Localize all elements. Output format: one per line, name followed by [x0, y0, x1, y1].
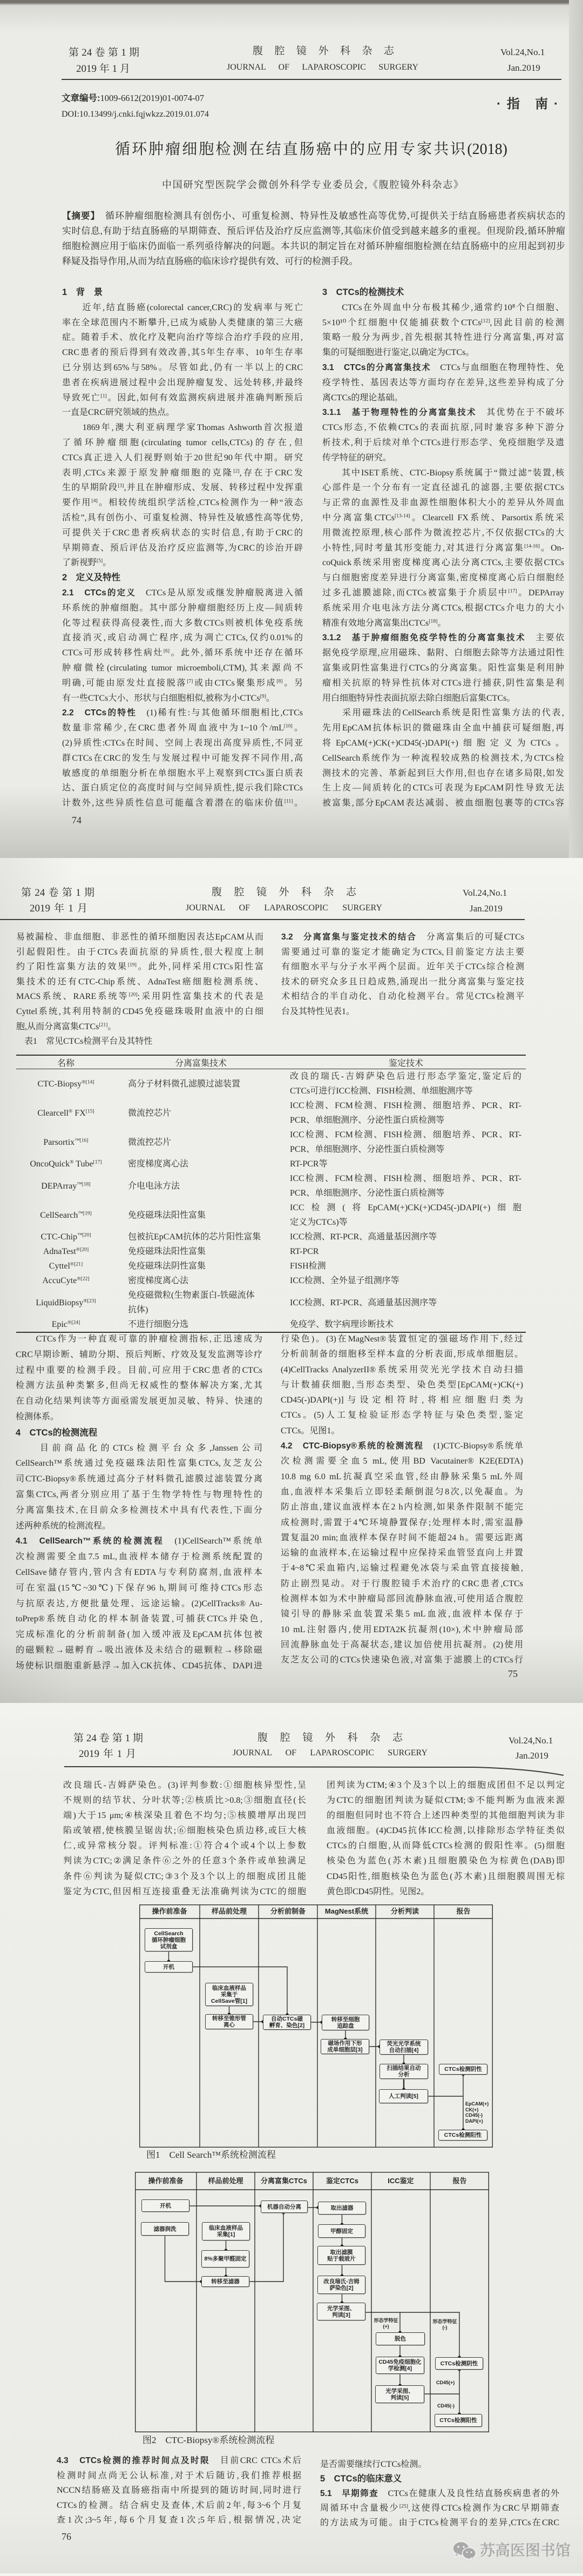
cell-line: 免疫磁微粒(生物素蛋白-铁磁流体: [128, 1288, 286, 1303]
text-run: FX: [72, 1109, 85, 1118]
text-line: 检测样本如为术中肿瘤局部回流静脉血液,可使用适合腹腔: [281, 1592, 523, 1607]
text-run: Cyttel: [49, 1262, 70, 1271]
page-75-upper-right-column: 3.2 分离富集与鉴定技术的结合 分离富集后的可疑CTCs需要通过可靠的鉴定才能…: [281, 930, 524, 1019]
platform-name: AdnaTest®[20]: [16, 1244, 116, 1259]
identification-technique-cell: RT-PCR等: [286, 1157, 526, 1171]
text-run: 其优势在于不破坏: [477, 408, 564, 417]
superscript: [15]: [86, 1108, 94, 1114]
flow-step-cd45-icc: CD45免疫细胞化 学检测[4]: [376, 2357, 424, 2374]
superscript: [1]: [101, 393, 107, 399]
superscript: [11]: [284, 799, 293, 804]
flow-step-transfer-cartridge: 转移至细胞 追踪盘: [322, 2015, 369, 2030]
text-run: 要作用: [62, 498, 92, 507]
platform-name: CTC-Chip™[20]: [16, 1230, 116, 1244]
text-run: OncoQuick: [30, 1159, 70, 1169]
flow-step-filter-rinse: 滤器润洗: [141, 2222, 189, 2236]
platform-name: Parsortix™[16]: [16, 1135, 116, 1150]
text-run: ,因此目前的检测: [490, 318, 564, 327]
text-line: 3.2 分离富集与鉴定技术的结合 分离富集后的可疑CTCs: [281, 930, 524, 945]
morphology-positive-label: 形态学特征 (+): [372, 2318, 399, 2329]
text-line: CD45(-)DAPI(+)]与设定相符时,将相应细胞归类为: [281, 1393, 523, 1408]
text-line: 的磁颗粒→磁孵育→吸出液体及未结合的磁颗粒→移除磁: [16, 1643, 262, 1659]
text-line: 司CTC-Biopsy®系统通过高分子材料微孔滤膜过滤装置分离: [16, 1472, 262, 1487]
text-run: AdnaTest: [43, 1247, 76, 1256]
text-run: AccuCyte: [42, 1276, 77, 1285]
text-line: 于4~8℃采血箱内,运输过程避免冰袋与采血管直接接触,: [281, 1561, 523, 1576]
identification-technique-cell: 改良的瑞氏-吉姆萨染色后进行形态学鉴定,鉴定后的CTCs可进行ICC检测、FIS…: [286, 1069, 526, 1099]
superscript: ™[20]: [77, 1232, 91, 1238]
header-date-en: Jan.2019: [470, 902, 510, 915]
text-run: 分离富集后的可疑CTCs: [417, 933, 524, 942]
text-line: CTCs形态,不依赖CTCs的表面抗原,同时兼容多种下游分: [322, 420, 564, 435]
text-line: 计数外,这些异质性信息可能蕴含着潜在的临床价值[11]。: [62, 796, 303, 811]
flow-step-methanol-fix: 甲醇固定: [318, 2224, 365, 2238]
text-line: 判读为CTC;②满足条件⑥之外的任意3个条件或单独满足: [63, 1854, 306, 1869]
page-75-lower-left-column: CTCs作为一种直观可靠的肿瘤检测指标,正迅速成为CRC早期诊断、辅助分期、预后…: [16, 1332, 262, 1674]
enrichment-technique-cell: 免疫磁珠法阳性富集: [116, 1244, 286, 1259]
header-issue-cn: 第24卷第1期: [69, 46, 139, 59]
flow-step-imaging-5: 光学采图、 判读[5]: [375, 2385, 424, 2403]
page-76-lower-left-column: 4.3 CTCs检测的推荐时间点及时限 目前CRC CTCs术后检测时间点尚无公…: [57, 2453, 301, 2528]
section-heading: 5 CTCs的临床意义: [320, 2472, 559, 2486]
text-run: ,并且在肿瘤形成、发展、转移过程中发挥重: [124, 483, 303, 492]
page-74-edge-shadow: [569, 0, 583, 858]
text-line: 陷或皱褶,使核膜呈锯齿状;⑥细胞核染色质边移,或巨大核: [63, 1823, 306, 1839]
cell-line: 定义为CTCs)等: [290, 1215, 521, 1230]
superscript: [18]: [429, 618, 437, 624]
text-line: 条件⑥判读为疑似CTC;③3个及3个以上的细胞成团且能: [63, 1869, 306, 1884]
paragraph-end-line: 台及其特性见表1。: [281, 1004, 524, 1019]
text-line: CTCs的检测。结合病史及查体,术后前2年,每3~6个月复: [57, 2498, 301, 2513]
text-line: 策略一般分为两步,首先根据其特性进行分离富集,再对富: [322, 330, 564, 345]
text-line: 镜引导的静脉采血装置采集5 mL血液,血液样本保存于: [281, 1607, 523, 1622]
lane-header-sample-pretreatment: 样品前处理: [200, 1904, 259, 1918]
superscript: [25]: [399, 2504, 408, 2510]
text-line: 将EpCAM(+)CK(+)CD45(-)DAPI(+)细胞定义为CTCs。: [322, 736, 564, 751]
text-line: 需要通过可靠的鉴定才能确定为CTCs,目前鉴定方法主要: [281, 945, 524, 960]
text-line: 不规则的结节状、分叶状等;②核质比>0.8;③细胞直径(长: [63, 1793, 306, 1808]
lane-header-sample-pretreatment: 样品前处理: [196, 2172, 255, 2190]
cell-line: 改良的瑞氏-吉姆萨染色后进行形态学鉴定,鉴定后的: [290, 1069, 521, 1084]
text-run: 。此外,同样采用CTCs阳性富: [137, 962, 263, 971]
superscript: [6]: [164, 648, 170, 654]
lane-header-pre-operation: 操作前准备: [135, 2172, 196, 2190]
cell-line: RT-PCR: [290, 1244, 521, 1259]
text-line: 易被漏检、非血细胞、非恶性的循环细胞因表达EpCAM从而: [16, 930, 263, 945]
figure-2-ctc-biopsy-flowchart: 操作前准备 样品前处理 分离富集CTCs 鉴定CTCs ICC鉴定 报告 开机 …: [135, 2172, 489, 2432]
header-date-en: Jan.2019: [507, 62, 547, 75]
table-row: Epic®[24]不进行细胞分选免疫学、数字病理诊断技术: [16, 1317, 526, 1332]
table-row: CTC-Chip™[20]包被抗EpCAM抗体的芯片阳性富集ICC检测、RT-P…: [16, 1230, 526, 1244]
article-authors: 中国研究型医院学会微创外科学专业委员会,《腹腔镜外科杂志》: [162, 178, 463, 191]
identification-technique-cell: ICC检测(将EpCAM(+)CK(+)CD45(-)DAPI(+)细胞定义为C…: [286, 1200, 526, 1230]
text-line: 4.1 CellSearch™系统的检测流程 (1)CellSearch™系统单: [16, 1534, 262, 1549]
table-row: Parsortix™[16]微流控芯片ICC检测、FCM检测、FISH检测、细胞…: [16, 1128, 526, 1157]
flow-step-monolayer: 磁场作用下形 成单细胞层[3]: [321, 2039, 369, 2054]
page-76-upper-right-column: 团判读为CTM;④3个及3个以上的细胞成团但不足以判定为CTC的细胞团判读为疑似…: [327, 1778, 565, 1900]
cell-line: 免疫磁珠法阳性富集: [128, 1208, 286, 1223]
text-line: CTCs的白细胞,从而降低CTCs检测的假阳性率。(5)细胞: [327, 1839, 565, 1854]
figure-1-caption: 图1 Cell Search™系统检测流程: [146, 2149, 276, 2162]
figure-2-caption: 图2 CTC-Biopsy®系统检测流程: [143, 2434, 274, 2447]
text-run: 5×10¹⁰个红细胞中仅能捕获数个CTCs: [322, 318, 481, 327]
text-line: CellSave储存管内,管内含有EDTA与专利防腐剂,血液样本: [16, 1565, 262, 1581]
enrichment-technique-cell: 免疫磁珠法阴性富集: [116, 1259, 286, 1273]
text-run: 。DEPArray: [517, 588, 564, 598]
text-run: (1)稀有性:与其他循环细胞相比,CTCs: [137, 708, 303, 717]
text-line: CRC患者的预后得到有效改善,其5年生存率、10年生存率: [62, 345, 303, 360]
text-line: 防止溶血,建议血液样本在2 h内检测,如果条件限制不能完: [281, 1500, 523, 1515]
text-line: CTCs可形成转移性病灶[6]。此外,循环系统中还存在循环: [62, 646, 303, 661]
cell-line: ICC检测、RT-PCR、高通量基因测序等: [290, 1296, 521, 1310]
section-heading: 2 定义及特性: [62, 571, 303, 586]
paragraph-end-line: 释疑及指导作用,从而为结直肠癌的临床诊疗提供有效、可行的检测手段。: [62, 254, 565, 269]
text-line: 明确,可能由原发灶直接脱落[7]或由CTCs聚集形成[8]。另: [62, 676, 303, 691]
text-line: 核染色为蓝色(苏木素)且细胞膜染色为棕黄色(DAB)即: [327, 1854, 565, 1869]
text-line: 患者在疾病进展过程中会出现肿瘤复发、远处转移,并最终: [62, 375, 303, 391]
text-run: 。: [293, 799, 303, 808]
flow-result-negative: CTCs检测阴性: [439, 2064, 487, 2075]
cd45-negative-label: CD45(-): [437, 2403, 455, 2409]
paragraph-end-line: CTCs。见图1。: [281, 1424, 523, 1439]
superscript: [17]: [93, 1159, 102, 1165]
text-line: 疫学特性、基因表达等方面均存在差异,这些差异构成了分: [322, 375, 564, 391]
header-journal-en: JOURNAL OF LAPAROSCOPIC SURGERY: [227, 61, 418, 74]
text-line: 导致死亡[1]。因此,如何有效监测疾病进展并准确判断预后: [62, 391, 303, 406]
text-line: 3.1.2 基于肿瘤细胞免疫学特性的分离富集技术 主要依: [322, 630, 564, 646]
inline-heading: 3.2 分离富集与鉴定技术的结合: [281, 933, 417, 942]
text-line: CTCs。(5)人工复检验证形态学特征与染色类型,鉴定: [281, 1408, 523, 1423]
text-run: ,这使得CTCs检测作为CRC早期筛查: [408, 2504, 559, 2513]
header-date-cn: 2019年1月: [76, 63, 130, 76]
flow-step-incubate-stain: 自动CTCs磁 孵育、染色[2]: [263, 2015, 311, 2030]
text-line: 端)大于15 μm;④核深染且着色不均匀;⑤核膜增厚出现凹: [63, 1808, 306, 1823]
superscript: [19]: [128, 962, 137, 968]
flow-step-blood-sample: 临床血液样品 采集于 CellSave管[1]: [205, 1983, 253, 2006]
flow-step-centrifuge: 转移至锥形管 离心: [205, 2014, 253, 2029]
flow-step-decolorize: 脱色: [376, 2332, 425, 2345]
text-run: ,存在于CRC发: [240, 468, 303, 478]
text-run: 胞,从而分离富集CTCs: [16, 1022, 99, 1031]
text-run: LiquidBiopsy: [36, 1298, 83, 1307]
paragraph-end-line: 了新视野[5]。: [62, 555, 303, 571]
text-line: 4.2 CTC-Biopsy®系统的检测流程 (1)CTC-Biopsy®系统单: [281, 1439, 523, 1454]
header-journal-cn: 腹腔镜外科杂志: [212, 886, 356, 899]
article-number: 文章编号:1009-6612(2019)01-0074-07: [62, 92, 204, 105]
paragraph-end-line: 述两种系统的检测流程。: [16, 1519, 262, 1534]
text-line: CD45阳性,细胞核染色为蓝色(苏木素)且细胞膜周围无棕: [327, 1869, 565, 1884]
cell-line: ICC检测、FCM检测、FISH检测、细胞培养、PCR、RT-: [290, 1098, 521, 1113]
paragraph-end-line: 精准有效地分离富集出CTCs[18]。: [322, 616, 564, 631]
text-line: 先用EpCAM抗体标识的微磁珠由全血中捕获可疑细胞,再: [322, 721, 564, 736]
text-line: 要作用[4]。相较传统组织学活检,CTCs检测作为一种“液态: [62, 495, 303, 511]
text-line: 有细胞水平与分子水平两个层面。近年关于CTCs综合检测: [281, 960, 524, 975]
flow-step-auto-separation: 机器自动分离: [261, 2201, 308, 2213]
text-line: 与抗原表达,方便批量处理、远途运输。(2)CellTracks® Au-: [16, 1596, 262, 1612]
platform-name-cell: Epic®[24]: [16, 1317, 116, 1332]
text-run: 表明,CTCs来源于原发肿瘤细胞的克隆: [62, 468, 233, 478]
superscript: [13-14]: [395, 513, 410, 519]
superscript: ®: [70, 1159, 73, 1165]
enrichment-technique-cell: 微流控芯片: [116, 1098, 286, 1128]
header-date-cn: 2019年1月: [79, 1748, 136, 1761]
text-line: 可在室温(15℃~30℃)下保存96 h,期间可维持CTCs形态: [16, 1581, 262, 1596]
text-line: 血液细胞。(4)CD45抗体ICC检测,以排除形态学特征类似: [327, 1823, 565, 1839]
cell-line: 密度梯度离心法: [128, 1273, 286, 1288]
text-run: MACS系统、RARE系统等: [16, 992, 129, 1001]
lane-header-report: 报告: [430, 2172, 489, 2190]
paragraph-end-line: 检测体系。: [16, 1410, 262, 1425]
text-line: 被富集,部分EpCAM表达减弱、被血细胞包裹等的CTCs容: [322, 796, 564, 811]
superscript: ®[20]: [76, 1247, 89, 1253]
flow-step-power-on: 开机: [145, 1961, 193, 1973]
lane-header-pre-analysis: 分析前制备: [259, 1904, 317, 1918]
flow-result-positive: CTCs检测阳性: [438, 2130, 487, 2141]
text-line: 环系统的肿瘤细胞。其中部分肿瘤细胞经历上皮—间质转: [62, 601, 303, 616]
flow-step-manual-review: 人工判读[5]: [379, 2089, 428, 2103]
cell-line: ICC检测(将EpCAM(+)CK(+)CD45(-)DAPI(+)细胞: [290, 1200, 521, 1215]
platform-name-cell: AccuCyte®[22]: [16, 1273, 116, 1288]
page-76-lower-right-column: 是否需要继续行CTCs检测。5 CTCs的临床意义5.1 早期筛查 CTCs在健…: [320, 2457, 559, 2530]
text-run: 。另: [283, 679, 303, 688]
text-line: 直接消灭,或启动凋亡程序,成为凋亡CTCs,仅约0.01%的: [62, 630, 303, 646]
text-line: 活检”,具有创伤小、可重复检测、特异性及敏感性高等优势,: [62, 511, 303, 526]
text-run: 数量非常稀少,在CRC患者外周血液中为1~10个/mL: [62, 723, 284, 733]
superscript: ®[24]: [67, 1320, 80, 1326]
text-run: 导致死亡: [62, 393, 101, 403]
inline-heading: 5.1 早期筛查: [320, 2489, 378, 2498]
text-line: 10.8 mg 6.0 mL抗凝真空采血管,经由静脉采集5 mL外周: [281, 1470, 523, 1485]
paragraph-end-line: 是否需要继续行CTCs检测。: [320, 2457, 559, 2472]
text-line: 生上皮—间质转化的CTCs可表现为EpCAM阴性导致无法: [322, 781, 564, 796]
wechat-icon: [451, 2541, 478, 2561]
text-line: CellSearch系统作为一种流程较成熟的检测技术,为CTCs检: [322, 751, 564, 766]
cell-line: PCR、单细胞测序、分泌性蛋白质检测等: [290, 1142, 521, 1157]
text-line: 完成标准化的分析前制备(加入缓冲液及EpCAM抗体包被: [16, 1627, 262, 1643]
text-line: 瘤相关抗原的特异性抗体对CTCs进行捕获,阴性富集是利: [322, 676, 564, 691]
platform-name-cell: Clearcell® FX[15]: [16, 1098, 116, 1128]
text-line: 次检测需要全血5 mL,使用BD Vacutainer® K2E(EDTA): [281, 1454, 523, 1469]
text-line: 的细胞但同时也不符合上述四种类型的其他细胞判读为非: [327, 1808, 565, 1823]
paragraph-end-line: 胞,从而分离富集CTCs[21]。: [16, 1019, 263, 1035]
text-run: 精准有效地分离富集出CTCs: [322, 619, 429, 628]
superscript: [8]: [276, 678, 282, 684]
header-rule: [62, 79, 561, 80]
header-date-cn: 2019年1月: [30, 902, 87, 915]
cell-line: PCR、单细胞测序、分泌性蛋白质检测等: [290, 1186, 521, 1200]
text-line: 析技术,利于后续对单个CTCs进行形态学、免疫细胞学及遗: [322, 435, 564, 451]
text-run: (1)CellSearch™系统单: [164, 1537, 262, 1546]
text-line: (4)CellTracks AnalyzerII®系统采用荧光光学技术自动扫描: [281, 1363, 523, 1378]
flow-step-auto-scan: 荧光光学系统 自动扫描[4]: [379, 2040, 428, 2055]
table-row: Cyttel®[21]免疫磁珠法阴性富集FISH检测: [16, 1259, 526, 1273]
section-heading: 4 CTCs的检测流程: [16, 1425, 262, 1441]
section-heading: 3 CTCs的检测技术: [322, 285, 564, 300]
flow-result-positive: CTCs检测阳性: [435, 2414, 482, 2427]
text-line: 目前商品化的CTCs检测平台众多,Janssen公司: [16, 1441, 262, 1457]
text-run: (1)CTC-Biopsy®系统单: [424, 1441, 523, 1451]
text-run: 。相较传统组织学活检,CTCs检测作为一种“液态: [98, 498, 303, 507]
cell-line: 免疫学、数字病理诊断技术: [290, 1317, 521, 1332]
text-line: 防止剧烈晃动。对于行腹腔镜手术治疗的CRC患者,CTCs: [281, 1577, 523, 1592]
text-run: CTC-Biopsy: [37, 1079, 82, 1089]
flow-step-blood-sample: 临床血液样品 采集[1]: [202, 2222, 250, 2240]
header-issue-cn: 第24卷第1期: [21, 887, 94, 900]
page-number: 75: [508, 1667, 518, 1680]
text-run: CTCs可形成转移性病灶: [62, 648, 164, 658]
cell-line: 高分子材料微孔滤膜过滤装置: [128, 1077, 286, 1091]
text-run: CTCs在健康人及良性结直肠疾病患者的外: [378, 2489, 559, 2498]
flow-step-wright-giemsa: 改良瑞氏-吉姆 萨染色[2]: [317, 2276, 365, 2294]
text-run: 循环肿瘤细胞检测具有创伤小、可重复检测、特异性及敏感性高等优势,可提供关于结直肠…: [96, 211, 565, 221]
platform-name-cell: Cyttel®[21]: [16, 1259, 116, 1273]
text-line: 测技术的完善、革新起到巨大作用,但也存在诸多局限,如发: [322, 766, 564, 781]
text-line: 查1次;3~5年,每6个月复查1次;5年后,根据情况,决定: [57, 2513, 301, 2528]
platform-name-cell: LiquidBiopsy®[23]: [16, 1288, 116, 1317]
text-run: CTC-Chip: [41, 1232, 78, 1242]
inline-heading: 3.1.2 基于肿瘤细胞免疫学特性的分离富集技术: [322, 633, 526, 642]
text-run: Tube: [74, 1159, 93, 1169]
lane-header-magnest: MagNest系统: [317, 1904, 376, 1918]
text-line: 与正常的血源性及非血源性细胞体积大小的差异从外周血: [322, 495, 564, 511]
inline-heading: 3.1 CTCs的分离富集技术: [322, 363, 431, 372]
text-line: 群CTCs在CRC的发生与发展过程中可能发挥不同作用,高: [62, 751, 303, 766]
text-run: 约了阳性富集方法的效果: [16, 962, 128, 971]
superscript: ®[21]: [70, 1262, 83, 1267]
text-line: 可提供关于CRC患者疾病状态的实时信息,有助于CRC的: [62, 526, 303, 541]
text-line: CTCs作为一种直观可靠的肿瘤检测指标,正迅速成为: [16, 1332, 262, 1347]
header-issue-cn: 第24卷第1期: [73, 1732, 143, 1745]
text-line: 10 mL注射器内,使用EDTA2K抗凝剂(10×),术中肿瘤局部: [281, 1622, 523, 1638]
text-line: 4.3 CTCs检测的推荐时间点及时限 目前CRC CTCs术后: [57, 2453, 301, 2468]
text-line: 3.1 CTCs的分离富集技术 CTCs与血细胞在物理特性、免: [322, 360, 564, 375]
cell-line: 包被抗EpCAM抗体的芯片阳性富集: [128, 1230, 286, 1244]
table-row: DEPArray™[18]介电电泳方法ICC检测、FCM检测、FISH检测、细胞…: [16, 1171, 526, 1200]
table-header-row: 名称 分离富集技术 鉴定技术: [16, 1055, 526, 1069]
cell-line: 微流控芯片: [128, 1106, 286, 1121]
text-line: 分析前制备的细胞移至样本盒的分析表面,形成单细胞层。: [281, 1347, 523, 1362]
text-run: 主要依: [526, 633, 564, 642]
flow-step-reagent-kit: CellSearch 循环肿瘤细胞 试剂盒: [145, 1928, 193, 1951]
text-line: 中分离富集CTCs[13-14]。Clearcell FX系统、Parsorti…: [322, 511, 564, 526]
identification-technique-cell: ICC检测、FCM检测、FISH检测、细胞培养、PCR、RT-PCR、单细胞测序…: [286, 1098, 526, 1128]
text-line: 与计数捕获细胞,当形态类型、染色类型[EpCAM(+)CK(+): [281, 1378, 523, 1393]
text-line: 的方法成为可能。由于CTCs检测平台的差异,CTCs在CRC: [320, 2515, 559, 2530]
text-line: 据免疫学原理,应用磁珠、黏附、白细胞去除等方法通过阳性: [322, 646, 564, 661]
text-line: 为CTC的细胞团判读为疑似CTM;⑤不能判断为血液来源: [327, 1793, 565, 1808]
doi: DOI:10.13499/j.cnki.fqjwkzz.2019.01.074: [62, 108, 209, 121]
superscript: ®[23]: [83, 1298, 96, 1304]
cell-line: RT-PCR等: [290, 1157, 521, 1171]
platform-name: CTC-Biopsy®[14]: [16, 1077, 116, 1091]
text-line: 已分别达到65%与58%。尽管如此,仍有一半以上的CRC: [62, 360, 303, 375]
platform-table: 名称 分离富集技术 鉴定技术 CTC-Biopsy®[14]高分子材料微孔滤膜过…: [16, 1055, 526, 1333]
text-line: 其中ISET系统、CTC-Biopsy系统属于“微过滤”装置,核: [322, 466, 564, 481]
paragraph-end-line: 一直是CRC研究领域的热点。: [62, 405, 303, 420]
text-run: CTCs是从原发或继发肿瘤脱离进入循: [136, 588, 303, 598]
text-run: 或由CTCs聚集形成: [193, 679, 276, 688]
text-line: 早期筛查、预后评估及治疗反应监测等,为CRC的诊治开辟: [62, 541, 303, 556]
watermark-text: 苏高医图书馆: [480, 2541, 571, 2560]
text-line: 化等过程获得高侵袭性,而大多数CTCs则被机体免疫系统: [62, 616, 303, 631]
text-line: 集技术的还有CTC-Chip系统、AdnaTest癌细胞检测系统、: [16, 975, 263, 990]
superscript: [7]: [187, 678, 193, 684]
identification-technique-cell: ICC检测、全外显子组测序等: [286, 1273, 526, 1288]
text-line: 3.1.1 基于物理特性的分离富集技术 其优势在于不破坏: [322, 405, 564, 420]
platform-name: CellSearch™[19]: [16, 1208, 116, 1223]
paragraph-end-line: 集的可疑细胞进行鉴定,以确定为CTCs。: [322, 345, 564, 360]
identification-technique-cell: FISH检测: [286, 1259, 526, 1273]
text-run: 。: [266, 694, 275, 703]
figure-1-cellsearch-flowchart: 操作前准备 样品前处理 分析前制备 MagNest系统 分析判读 报告 Cell…: [139, 1904, 493, 2148]
text-line: 症。随着手术、放化疗及靶向治疗等综合治疗手段的应用,: [62, 330, 303, 345]
flow-step-fixation: 8%多聚甲醛固定: [201, 2250, 249, 2268]
identification-technique-cell: ICC检测、RT-PCR、高通量基因测序等: [286, 1230, 526, 1244]
text-line: 技术的研究众多且日趋成熟,涌现出一批分离富集与鉴定技: [281, 975, 524, 990]
lane-header-icc: ICC鉴定: [371, 2172, 430, 2190]
inline-heading: 2.1 CTCs的定义: [62, 588, 136, 598]
text-line: 周循环中含量极少[25],这使得CTCs检测作为CRC早期筛查: [320, 2501, 559, 2515]
text-line: 改良瑞氏-吉姆萨染色。(3)评判参数:①细胞核异型性,呈: [63, 1778, 306, 1793]
text-run: 有一些CTCs大小、形状与白细胞相似,被称为小CTCs: [62, 694, 260, 703]
paragraph-end-line: 用白细胞特异性表面抗原去除白细胞后富集CTCs。: [322, 691, 564, 706]
text-run: 了新视野: [62, 558, 97, 567]
cell-line: 免疫磁珠法阳性富集: [128, 1244, 286, 1259]
cell-line: PCR、单细胞测序、分泌性蛋白质检测等: [290, 1113, 521, 1128]
text-line: CRC早期诊断、辅助分期、预后判断、疗效及复发监测等诊疗: [16, 1347, 262, 1363]
text-line: 运输的血液样本,在运输过程中应保持采血管竖直向上并置: [281, 1546, 523, 1561]
text-line: 【摘要】 循环肿瘤细胞检测具有创伤小、可重复检测、特异性及敏感性高等优势,可提供…: [62, 209, 565, 224]
header-date-en: Jan.2019: [516, 1749, 551, 1762]
text-line: 次检测需要全血7.5 mL,血液样本储存于检测系统配置的: [16, 1549, 262, 1565]
page-76-upper-left-column: 改良瑞氏-吉姆萨染色。(3)评判参数:①细胞核异型性,呈不规则的结节状、分叶状等…: [63, 1778, 306, 1900]
cell-line: ICC检测、全外显子组测序等: [290, 1273, 521, 1288]
text-line: 小特性,同时考量其形变能力,对其进行分离富集[14-16]。On-: [322, 541, 564, 556]
page-74-left-column: 1 背 景 近年,结直肠癌(colorectal cancer,CRC)的发病率…: [62, 285, 303, 811]
superscript: [2]: [233, 468, 239, 474]
section-heading: 1 背 景: [62, 285, 303, 300]
header-journal-en: JOURNAL OF LAPAROSCOPIC SURGERY: [233, 1747, 428, 1760]
text-run: 小特性,同时考量其形变能力,对其进行分离富集: [322, 544, 524, 553]
platform-name: DEPArray™[18]: [16, 1179, 116, 1193]
text-run: 。: [107, 1022, 116, 1031]
cell-line: 免疫磁珠法阴性富集: [128, 1259, 286, 1273]
platform-name-cell: AdnaTest®[20]: [16, 1244, 116, 1259]
superscript: [14-16]: [524, 543, 540, 549]
header-journal-en: JOURNAL OF LAPAROSCOPIC SURGERY: [186, 902, 382, 915]
text-line: (2)异质性:CTCs在时间、空间上表现出高度异质性,不同亚: [62, 736, 303, 751]
inline-heading: 4.3 CTCs检测的推荐时间点及时限: [57, 2456, 210, 2465]
text-line: 检测时间点尚无公认标准,对于术后随访,我们推荐根据: [57, 2468, 301, 2484]
text-run: 。此外,循环系统中还存在循环: [170, 648, 303, 658]
platform-name-cell: CellSearch™[19]: [16, 1200, 116, 1230]
text-run: 。因此,如何有效监测疾病进展并准确判断预后: [107, 393, 303, 403]
header-rule: [0, 919, 525, 920]
lane-header-report: 报告: [434, 1904, 493, 1918]
text-line: 达、蛋白质定位的高度时间与空间异质性,提示我们除CTCs: [62, 781, 303, 796]
flow-step-remove-filter: 取出滤器: [318, 2202, 366, 2215]
inline-heading: 4.1 CellSearch™系统的检测流程: [16, 1537, 164, 1546]
text-run: 明确,可能由原发灶直接脱落: [62, 679, 187, 688]
platform-name: Clearcell® FX[15]: [16, 1106, 116, 1121]
platform-name-cell: CTC-Chip™[20]: [16, 1230, 116, 1244]
lane-header-analysis: 分析判读: [376, 1904, 434, 1918]
platform-name: LiquidBiopsy®[23]: [16, 1296, 116, 1310]
platform-name-cell: CTC-Biopsy®[14]: [16, 1069, 116, 1099]
text-line: CTCs在外周血中分布极其稀少,通常约10⁸个白细胞、: [322, 300, 564, 316]
enrichment-technique-cell: 微流控芯片: [116, 1128, 286, 1157]
flow-step-auto-analysis: 扫描结果自动 分析: [379, 2064, 428, 2079]
